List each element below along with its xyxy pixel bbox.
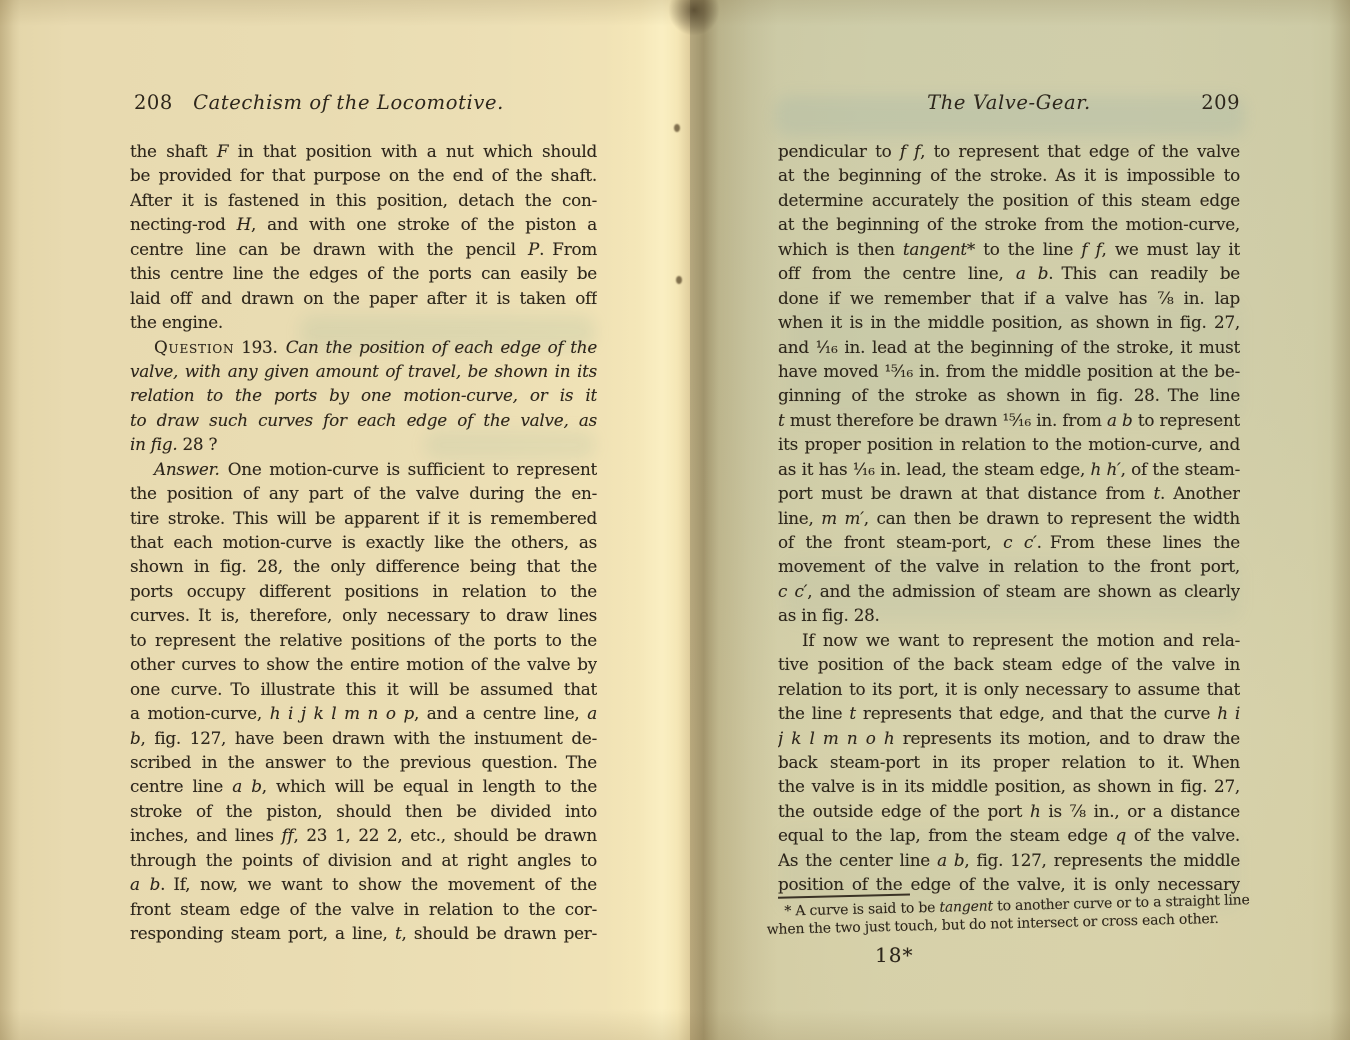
text-line: other curves to show the entire motion o… [130, 652, 597, 676]
text-line: ginning of the stroke as shown in fig. 2… [778, 383, 1240, 407]
text-line: curves. It is, therefore, only necessary… [130, 603, 597, 627]
text-line: the position of any part of the valve du… [130, 481, 597, 505]
text-line: as in fig. 28. [778, 603, 1240, 627]
text-line: determine accurately the position of thi… [778, 188, 1240, 212]
text-line: j k l m n o h represents its motion, and… [778, 726, 1240, 750]
text-line: in fig. 28 ? [130, 432, 597, 456]
left-text-block: the shaft F in that position with a nut … [130, 139, 597, 945]
text-line: As the center line a b, fig. 127, repres… [778, 848, 1240, 872]
text-line: when it is in the middle position, as sh… [778, 310, 1240, 334]
text-line: centre line a b, which will be equal in … [130, 774, 597, 798]
text-line: necting-rod H, and with one stroke of th… [130, 212, 597, 236]
text-line: port must be drawn at that distance from… [778, 481, 1240, 505]
text-line: equal to the lap, from the steam edge q … [778, 823, 1240, 847]
text-line: off from the centre line, a b. This can … [778, 261, 1240, 285]
text-line: be provided for that purpose on the end … [130, 163, 597, 187]
text-line: the outside edge of the port h is ⅞ in.,… [778, 799, 1240, 823]
text-line: relation to the ports by one motion-curv… [130, 383, 597, 407]
text-line: ports occupy different positions in rela… [130, 579, 597, 603]
text-line: responding steam port, a line, t, should… [130, 921, 597, 945]
text-line: Question 193. Can the position of each e… [130, 335, 597, 359]
text-line: a motion-curve, h i j k l m n o p, and a… [130, 701, 597, 725]
text-line: to draw such curves for each edge of the… [130, 408, 597, 432]
signature-mark: 18* [875, 943, 913, 967]
binding-hole [676, 276, 682, 284]
text-line: tire stroke. This will be apparent if it… [130, 506, 597, 530]
text-line: at the beginning of the stroke from the … [778, 212, 1240, 236]
text-line: to represent the relative positions of t… [130, 628, 597, 652]
text-line: tive position of the back steam edge of … [778, 652, 1240, 676]
left-page-header: 208 Catechism of the Locomotive. [130, 91, 597, 115]
text-line: movement of the valve in relation to the… [778, 554, 1240, 578]
text-line: laid off and drawn on the paper after it… [130, 286, 597, 310]
page-number: 209 [1201, 91, 1240, 114]
text-line: have moved ¹⁵⁄₁₆ in. from the middle pos… [778, 359, 1240, 383]
text-line: If now we want to represent the motion a… [778, 628, 1240, 652]
book-spread: 208 Catechism of the Locomotive. The Val… [0, 0, 1350, 1040]
text-line: a b. If, now, we want to show the moveme… [130, 872, 597, 896]
right-page-header: The Valve-Gear. 209 [778, 91, 1240, 115]
text-line: relation to its port, it is only necessa… [778, 677, 1240, 701]
text-line: which is then tangent* to the line f f, … [778, 237, 1240, 261]
text-line: line, m m′, can then be drawn to represe… [778, 506, 1240, 530]
text-line: through the points of division and at ri… [130, 848, 597, 872]
text-line: that each motion-curve is exactly like t… [130, 530, 597, 554]
text-line: and ¹⁄₁₆ in. lead at the beginning of th… [778, 335, 1240, 359]
text-line: stroke of the piston, should then be div… [130, 799, 597, 823]
running-head: The Valve-Gear. [778, 91, 1240, 114]
text-line: b, fig. 127, have been drawn with the in… [130, 726, 597, 750]
text-line: scribed in the answer to the previous qu… [130, 750, 597, 774]
text-line: its proper position in relation to the m… [778, 432, 1240, 456]
text-line: done if we remember that if a valve has … [778, 286, 1240, 310]
text-line: c c′, and the admission of steam are sho… [778, 579, 1240, 603]
text-line: the shaft F in that position with a nut … [130, 139, 597, 163]
text-line: front steam edge of the valve in relatio… [130, 897, 597, 921]
text-line: back steam-port in its proper relation t… [778, 750, 1240, 774]
text-line: at the beginning of the stroke. As it is… [778, 163, 1240, 187]
text-line: centre line can be drawn with the pencil… [130, 237, 597, 261]
running-head: Catechism of the Locomotive. [130, 91, 567, 114]
text-line: the valve is in its middle position, as … [778, 774, 1240, 798]
text-line: t must therefore be drawn ¹⁵⁄₁₆ in. from… [778, 408, 1240, 432]
text-line: inches, and lines ff, 23 1, 22 2, etc., … [130, 823, 597, 847]
right-text-block: pendicular to f f, to represent that edg… [778, 139, 1240, 897]
text-line: the engine. [130, 310, 597, 334]
text-line: valve, with any given amount of travel, … [130, 359, 597, 383]
text-line: one curve. To illustrate this it will be… [130, 677, 597, 701]
text-line: After it is fastened in this position, d… [130, 188, 597, 212]
text-line: pendicular to f f, to represent that edg… [778, 139, 1240, 163]
text-line: shown in fig. 28, the only difference be… [130, 554, 597, 578]
text-line: as it has ¹⁄₁₆ in. lead, the steam edge,… [778, 457, 1240, 481]
text-line: Answer. One motion-curve is sufficient t… [130, 457, 597, 481]
binding-hole [674, 124, 680, 132]
text-line: this centre line the edges of the ports … [130, 261, 597, 285]
text-line: of the front steam-port, c c′. From thes… [778, 530, 1240, 554]
text-line: the line t represents that edge, and tha… [778, 701, 1240, 725]
